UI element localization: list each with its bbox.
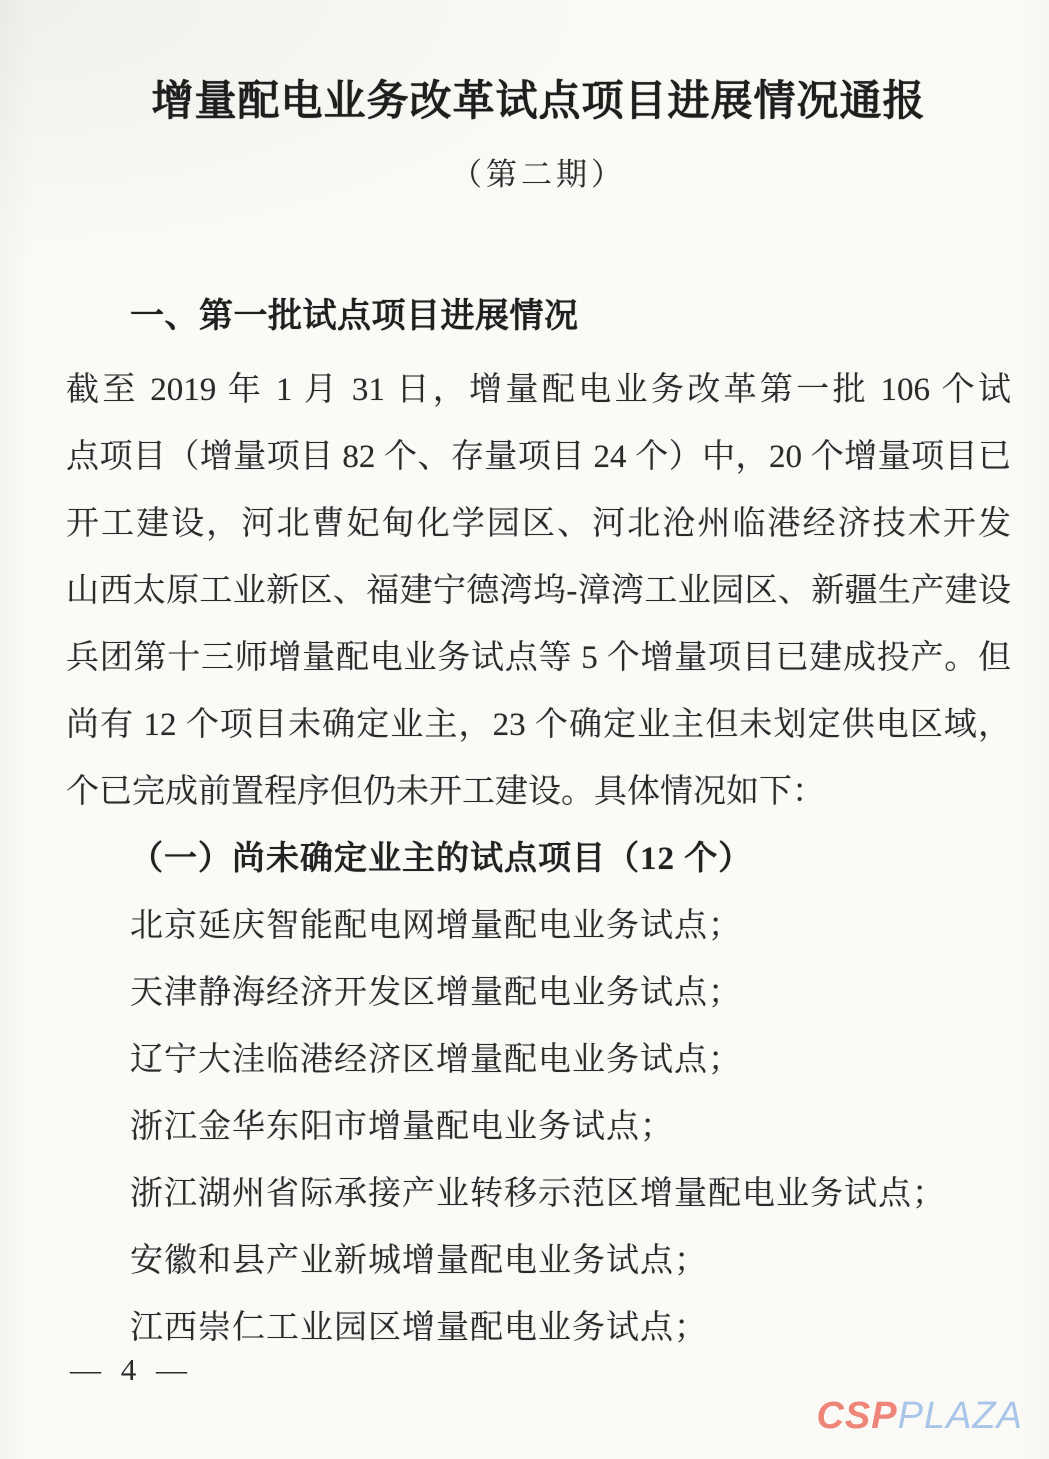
pilot-project-item: 天津静海经济开发区增量配电业务试点； <box>66 960 1011 1027</box>
pilot-project-item: 江西崇仁工业园区增量配电业务试点； <box>66 1295 1011 1362</box>
watermark-plaza-text: PLAZA <box>898 1395 1023 1437</box>
pilot-project-item: 辽宁大洼临港经济区增量配电业务试点； <box>66 1027 1011 1094</box>
document-title: 增量配电业务改革试点项目进展情况通报 <box>66 0 1011 128</box>
pilot-project-list: 北京延庆智能配电网增量配电业务试点；天津静海经济开发区增量配电业务试点；辽宁大洼… <box>66 893 1011 1362</box>
scanned-document-page: 增量配电业务改革试点项目进展情况通报 （第二期） 一、第一批试点项目进展情况 截… <box>0 0 1049 1459</box>
paragraph-line: 开工建设，河北曹妃甸化学园区、河北沧州临港经济技术开发区、 <box>66 491 1011 558</box>
subsection-block: （一）尚未确定业主的试点项目（12 个） 北京延庆智能配电网增量配电业务试点；天… <box>66 826 1011 1362</box>
pilot-project-item: 浙江湖州省际承接产业转移示范区增量配电业务试点； <box>66 1161 1011 1228</box>
subsection-heading: （一）尚未确定业主的试点项目（12 个） <box>66 826 1011 893</box>
paragraph-line: 山西太原工业新区、福建宁德湾坞-漳湾工业园区、新疆生产建设 <box>66 558 1011 625</box>
section-heading: 一、第一批试点项目进展情况 <box>66 296 1011 336</box>
paragraph-line: 个已完成前置程序但仍未开工建设。具体情况如下： <box>66 759 1011 826</box>
progress-paragraph: 截至 2019 年 1 月 31 日，增量配电业务改革第一批 106 个试点项目… <box>66 357 1011 826</box>
cspplaza-watermark: CSPPLAZA <box>816 1396 1023 1436</box>
paragraph-line: 截至 2019 年 1 月 31 日，增量配电业务改革第一批 106 个试 <box>66 357 1011 424</box>
document-content: 增量配电业务改革试点项目进展情况通报 （第二期） 一、第一批试点项目进展情况 截… <box>66 0 1011 1362</box>
paragraph-line: 兵团第十三师增量配电业务试点等 5 个增量项目已建成投产。但 <box>66 625 1011 692</box>
watermark-csp-text: CSP <box>816 1395 897 1437</box>
paragraph-line: 尚有 12 个项目未确定业主，23 个确定业主但未划定供电区域，28 <box>66 692 1011 759</box>
pilot-project-item: 浙江金华东阳市增量配电业务试点； <box>66 1094 1011 1161</box>
pilot-project-item: 北京延庆智能配电网增量配电业务试点； <box>66 893 1011 960</box>
paragraph-line: 点项目（增量项目 82 个、存量项目 24 个）中，20 个增量项目已 <box>66 424 1011 491</box>
pilot-project-item: 安徽和县产业新城增量配电业务试点； <box>66 1228 1011 1295</box>
document-subtitle: （第二期） <box>66 154 1011 196</box>
page-number: — 4 — <box>70 1352 193 1388</box>
